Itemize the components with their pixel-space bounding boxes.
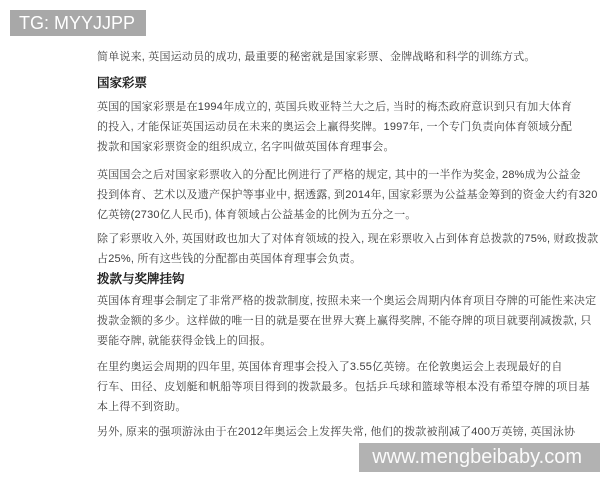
text-line: 占25%, 所有这些钱的分配都由英国体育理事会负责。 — [97, 249, 600, 269]
text-line: 在里约奥运会周期的四年里, 英国体育理事会投入了3.55亿英镑。在伦敦奥运会上表… — [97, 357, 600, 377]
text-line: 本上得不到资助。 — [97, 397, 600, 417]
text-line: 行车、田径、皮划艇和帆船等项目得到的拨款最多。包括乒乓球和篮球等根本没有希望夺牌… — [97, 377, 600, 397]
paragraph-fiscal-funding: 除了彩票收入外, 英国财政也加大了对体育领域的投入, 现在彩票收入占到体育总拨款… — [97, 229, 600, 269]
text-line: 英国国会之后对国家彩票收入的分配比例进行了严格的规定, 其中的一半作为奖金, 2… — [97, 165, 600, 185]
text-line: 的投入, 才能保证英国运动员在未来的奥运会上赢得奖牌。1997年, 一个专门负责… — [97, 117, 600, 137]
text-line: 亿英镑(2730亿人民币), 体育领域占公益基金的比例为五分之一。 — [97, 205, 600, 225]
text-line: 除了彩票收入外, 英国财政也加大了对体育领域的投入, 现在彩票收入占到体育总拨款… — [97, 229, 600, 249]
watermark-bottom-badge: www.mengbeibaby.com — [359, 443, 600, 472]
watermark-top-badge: TG: MYYJJPP — [10, 10, 146, 36]
section-heading-funding-medals: 拨款与奖牌挂钩 — [97, 269, 600, 289]
paragraph-funding-rules: 英国体育理事会制定了非常严格的拨款制度, 按照未来一个奥运会周期内体育项目夺牌的… — [97, 291, 600, 351]
paragraph-lottery-founding: 英国的国家彩票是在1994年成立的, 英国兵败亚特兰大之后, 当时的梅杰政府意识… — [97, 97, 600, 157]
section-heading-national-lottery: 国家彩票 — [97, 73, 600, 93]
text-line: 要能夺牌, 就能获得金钱上的回报。 — [97, 331, 600, 351]
text-line: 英国体育理事会制定了非常严格的拨款制度, 按照未来一个奥运会周期内体育项目夺牌的… — [97, 291, 600, 311]
text-line: 拨款和国家彩票资金的组织成立, 名字叫做英国体育理事会。 — [97, 137, 600, 157]
watermark-top-text: TG: MYYJJPP — [19, 13, 135, 33]
text-line: 拨款金额的多少。这样做的唯一目的就是要在世界大赛上赢得奖牌, 不能夺牌的项目就要… — [97, 311, 600, 331]
paragraph-intro: 简单说来, 英国运动员的成功, 最重要的秘密就是国家彩票、金牌战略和科学的训练方… — [97, 47, 600, 67]
paragraph-parliament-allocation: 英国国会之后对国家彩票收入的分配比例进行了严格的规定, 其中的一半作为奖金, 2… — [97, 165, 600, 225]
article-body: 简单说来, 英国运动员的成功, 最重要的秘密就是国家彩票、金牌战略和科学的训练方… — [97, 47, 600, 442]
text-line: 英国的国家彩票是在1994年成立的, 英国兵败亚特兰大之后, 当时的梅杰政府意识… — [97, 97, 600, 117]
paragraph-swimming-cut: 另外, 原来的强项游泳由于在2012年奥运会上发挥失常, 他们的拨款被削减了40… — [97, 422, 600, 442]
text-line: 简单说来, 英国运动员的成功, 最重要的秘密就是国家彩票、金牌战略和科学的训练方… — [97, 47, 600, 67]
watermark-bottom-text: www.mengbeibaby.com — [372, 446, 582, 468]
text-line: 投到体育、艺术以及遗产保护等事业中, 据透露, 到2014年, 国家彩票为公益基… — [97, 185, 600, 205]
text-line: 另外, 原来的强项游泳由于在2012年奥运会上发挥失常, 他们的拨款被削减了40… — [97, 422, 600, 442]
paragraph-rio-cycle-investment: 在里约奥运会周期的四年里, 英国体育理事会投入了3.55亿英镑。在伦敦奥运会上表… — [97, 357, 600, 417]
